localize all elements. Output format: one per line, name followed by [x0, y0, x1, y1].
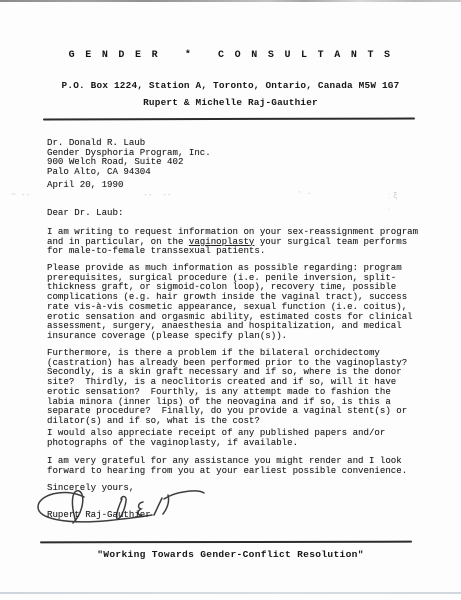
- handwritten-signature: [26, 483, 216, 531]
- letterhead-divider: [43, 118, 415, 121]
- paragraph-5: I am very grateful for any assistance yo…: [47, 456, 407, 475]
- paragraph-3: Furthermore, is there a problem if the b…: [47, 348, 407, 426]
- letter-line: insurance coverage (please specify plan(…: [47, 331, 413, 341]
- letterhead-address: P.O. Box 1224, Station A, Toronto, Ontar…: [0, 80, 461, 91]
- paragraph-4: I would also appreciate receipt of any p…: [47, 428, 385, 447]
- letterhead-principals: Rupert & Michelle Raj-Gauthier: [0, 97, 461, 108]
- footer-motto: "Working Towards Gender-Conflict Resolut…: [0, 549, 461, 560]
- paragraph-1: I am writing to request information on y…: [47, 227, 418, 256]
- letter-line: for male-to-female transsexual patients.: [47, 246, 418, 256]
- salutation: Dear Dr. Laub:: [47, 208, 123, 218]
- scanned-letter-page: G E N D E R * C O N S U L T A N T S P.O.…: [0, 0, 461, 600]
- letter-date: April 20, 1990: [47, 180, 123, 190]
- scan-smudge: · .: [297, 188, 311, 197]
- letter-line: dilator(s) and if so, what is the cost?: [47, 416, 407, 426]
- paragraph-2: Please provide as much information as po…: [47, 263, 413, 341]
- letterhead-org-name: G E N D E R * C O N S U L T A N T S: [0, 50, 461, 61]
- letter-line: forward to hearing from you at your earl…: [47, 466, 407, 476]
- scan-edge-artifact-bottom: [0, 592, 461, 594]
- letter-line: Palo Alto, CA 94304: [47, 167, 211, 177]
- footer-divider: [40, 541, 412, 543]
- scan-smudge: ~ --: [11, 191, 30, 200]
- scan-smudge: ﹕ξ﹒: [385, 190, 398, 212]
- scan-smudge: ·- --: [143, 191, 172, 200]
- letter-line-segment: your surgical team performs: [254, 236, 407, 247]
- scan-edge-artifact-top: [0, 0, 461, 2]
- letter-line: photographs of the vaginoplasty, if avai…: [47, 438, 385, 448]
- recipient-address: Dr. Donald R. LaubGender Dysphoria Progr…: [47, 138, 211, 177]
